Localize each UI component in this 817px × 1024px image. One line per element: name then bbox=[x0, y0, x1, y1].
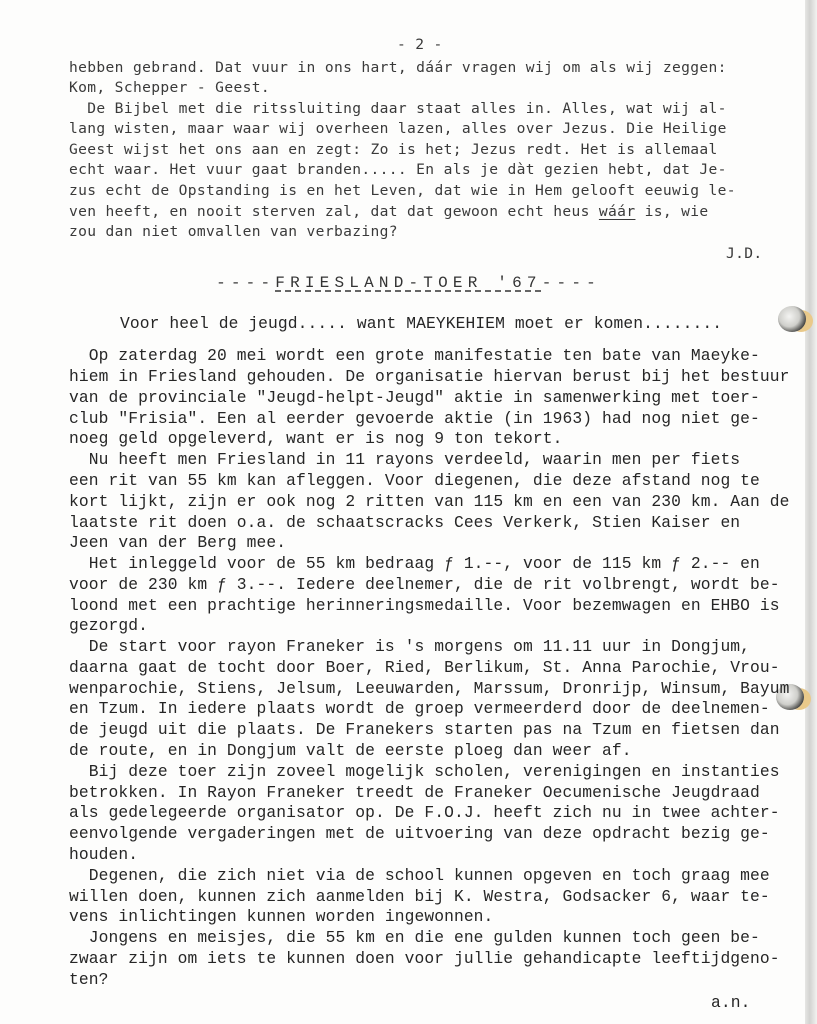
article1-line: zou dan niet omvallen van verbazing? bbox=[69, 222, 398, 242]
article2-line: als gedelegeerde organisator op. De F.O.… bbox=[69, 803, 780, 823]
article2-line: Bij deze toer zijn zoveel mogelijk schol… bbox=[69, 762, 780, 782]
article2-line: eenvolgende vergaderingen met de uitvoer… bbox=[69, 824, 770, 844]
article1-line: echt waar. Het vuur gaat branden..... En… bbox=[69, 160, 727, 180]
article1-line-text: ven heeft, en nooit sterven zal, dat dat… bbox=[69, 203, 599, 220]
document-page: - 2 - hebben gebrand. Dat vuur in ons ha… bbox=[0, 0, 817, 1024]
article2-line: willen doen, kunnen zich aanmelden bij K… bbox=[69, 887, 770, 907]
article2-line: Nu heeft men Friesland in 11 rayons verd… bbox=[69, 450, 740, 470]
article1-line-tail: is, wie bbox=[635, 203, 708, 220]
article1-signature: J.D. bbox=[726, 244, 763, 264]
title-text: FRIESLAND-TOER '67 bbox=[275, 274, 541, 292]
article1-line: hebben gebrand. Dat vuur in ons hart, dá… bbox=[69, 58, 727, 78]
article1-line: lang wisten, maar waar wij overheen laze… bbox=[69, 119, 727, 139]
article2-line: van de provinciale "Jeugd-helpt-Jeugd" a… bbox=[69, 388, 760, 408]
article2-line: een rit van 55 km kan afleggen. Voor die… bbox=[69, 471, 760, 491]
article2-line: laatste rit doen o.a. de schaatscracks C… bbox=[69, 513, 740, 533]
article2-line: ten? bbox=[69, 970, 108, 990]
article2-line: kort lijkt, zijn er ook nog 2 ritten van… bbox=[69, 492, 790, 512]
article2-line: gezorgd. bbox=[69, 616, 148, 636]
article2-line: zwaar zijn om iets te kunnen doen voor j… bbox=[69, 949, 780, 969]
article2-line: betrokken. In Rayon Franeker treedt de F… bbox=[69, 783, 760, 803]
article1-line: De Bijbel met die ritssluiting daar staa… bbox=[69, 99, 727, 119]
article2-line: houden. bbox=[69, 845, 138, 865]
article2-line: Het inleggeld voor de 55 km bedraag ƒ 1.… bbox=[69, 554, 760, 574]
article2-tagline: Voor heel de jeugd..... want MAEYKEHIEM … bbox=[120, 314, 722, 334]
page-edge bbox=[805, 0, 817, 1024]
article2-signature: a.n. bbox=[711, 993, 750, 1013]
article2-line: noeg geld opgeleverd, want er is nog 9 t… bbox=[69, 429, 563, 449]
article1-line: ven heeft, en nooit sterven zal, dat dat… bbox=[69, 202, 709, 222]
article2-line: wenparochie, Stiens, Jelsum, Leeuwarden,… bbox=[69, 679, 790, 699]
article1-line: Kom, Schepper - Geest. bbox=[69, 78, 270, 98]
article2-line: daarna gaat de tocht door Boer, Ried, Be… bbox=[69, 658, 780, 678]
page-number: - 2 - bbox=[397, 35, 443, 55]
article2-line: de route, en in Dongjum valt de eerste p… bbox=[69, 741, 632, 761]
article2-title: ----FRIESLAND-TOER '67---- bbox=[0, 274, 817, 292]
article2-line: en Tzum. In iedere plaats wordt de groep… bbox=[69, 699, 770, 719]
title-dashes: ---- bbox=[542, 274, 601, 292]
article2-line: loond met een prachtige herinneringsmeda… bbox=[69, 596, 780, 616]
article2-line: club "Frisia". Een al eerder gevoerde ak… bbox=[69, 409, 760, 429]
article2-line: hiem in Friesland gehouden. De organisat… bbox=[69, 367, 790, 387]
article2-line: vens inlichtingen kunnen worden ingewonn… bbox=[69, 907, 493, 927]
article2-line: Degenen, die zich niet via de school kun… bbox=[69, 866, 770, 886]
article2-line: Jeen van der Berg mee. bbox=[69, 533, 286, 553]
article1-line: Geest wijst het ons aan en zegt: Zo is h… bbox=[69, 140, 718, 160]
title-dashes: ---- bbox=[216, 274, 275, 292]
article2-line: Jongens en meisjes, die 55 km en die ene… bbox=[69, 928, 760, 948]
underlined-word: wáár bbox=[599, 203, 636, 220]
article2-line: voor de 230 km ƒ 3.--. Iedere deelnemer,… bbox=[69, 575, 780, 595]
article2-line: De start voor rayon Franeker is 's morge… bbox=[69, 637, 750, 657]
binder-hole-icon bbox=[778, 306, 806, 332]
article2-line: Op zaterdag 20 mei wordt een grote manif… bbox=[69, 346, 760, 366]
article2-line: de jeugd uit die plaats. De Franekers st… bbox=[69, 720, 780, 740]
article1-line: zus echt de Opstanding is en het Leven, … bbox=[69, 181, 736, 201]
